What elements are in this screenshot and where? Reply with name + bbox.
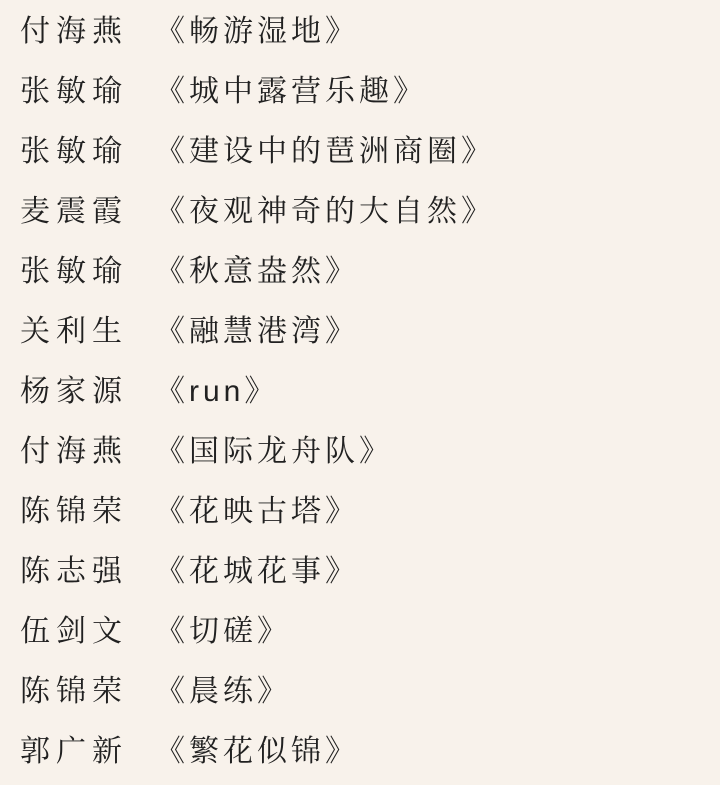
author-name: 陈志强 [20, 557, 155, 587]
author-name: 张敏瑜 [20, 257, 155, 287]
work-title: 《花城花事》 [155, 557, 359, 587]
author-name: 关利生 [20, 317, 155, 347]
work-title: 《城中露营乐趣》 [155, 77, 427, 107]
work-title: 《run》 [155, 377, 278, 407]
credit-row: 付海燕 《国际龙舟队》 [0, 422, 720, 482]
credit-row: 杨家源 《run》 [0, 362, 720, 422]
credit-row: 伍剑文 《切磋》 [0, 602, 720, 662]
work-title: 《夜观神奇的大自然》 [155, 197, 495, 227]
credit-row: 张敏瑜 《建设中的琶洲商圈》 [0, 122, 720, 182]
work-title: 《花映古塔》 [155, 497, 359, 527]
author-name: 陈锦荣 [20, 677, 155, 707]
credits-list: 付海燕 《畅游湿地》 张敏瑜 《城中露营乐趣》 张敏瑜 《建设中的琶洲商圈》 麦… [0, 0, 720, 785]
credit-row: 关利生 《融慧港湾》 [0, 302, 720, 362]
work-title: 《繁花似锦》 [155, 737, 359, 767]
credit-row: 张敏瑜 《秋意盎然》 [0, 242, 720, 302]
credit-row: 陈志强 《花城花事》 [0, 542, 720, 602]
work-title: 《切磋》 [155, 617, 291, 647]
work-title: 《建设中的琶洲商圈》 [155, 137, 495, 167]
author-name: 麦震霞 [20, 197, 155, 227]
credit-row: 陈锦荣 《晨练》 [0, 662, 720, 722]
credit-row: 郭广新 《繁花似锦》 [0, 722, 720, 782]
author-name: 张敏瑜 [20, 77, 155, 107]
work-title: 《秋意盎然》 [155, 257, 359, 287]
author-name: 张敏瑜 [20, 137, 155, 167]
author-name: 杨家源 [20, 377, 155, 407]
credit-row: 张敏瑜 《城中露营乐趣》 [0, 62, 720, 122]
author-name: 伍剑文 [20, 617, 155, 647]
work-title: 《畅游湿地》 [155, 17, 359, 47]
work-title: 《国际龙舟队》 [155, 437, 393, 467]
credit-row: 陈锦荣 《花映古塔》 [0, 482, 720, 542]
credit-row: 麦震霞 《夜观神奇的大自然》 [0, 182, 720, 242]
work-title: 《晨练》 [155, 677, 291, 707]
author-name: 陈锦荣 [20, 497, 155, 527]
credit-row: 付海燕 《畅游湿地》 [0, 2, 720, 62]
work-title: 《融慧港湾》 [155, 317, 359, 347]
author-name: 郭广新 [20, 737, 155, 767]
author-name: 付海燕 [20, 437, 155, 467]
author-name: 付海燕 [20, 17, 155, 47]
